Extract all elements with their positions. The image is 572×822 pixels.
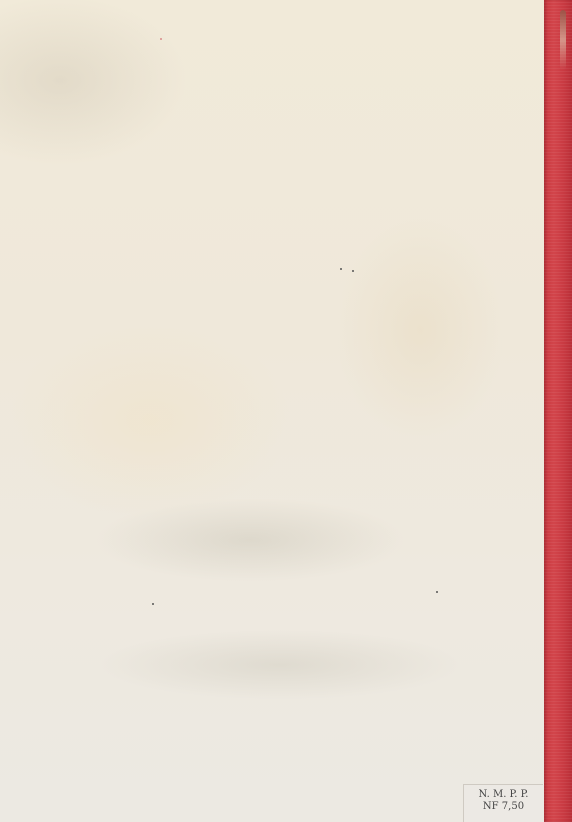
distributor-text: N. M. P. P. [464,789,543,801]
paper-speck [160,38,162,40]
price-text: NF 7,50 [464,801,543,813]
red-cloth-spine [544,0,572,822]
paper-speck [436,591,438,593]
paper-speck [340,268,342,270]
paper-speck [152,603,154,605]
price-sticker: N. M. P. P. NF 7,50 [463,784,543,822]
paper-speck [352,270,354,272]
spine-wear-mark [560,10,566,70]
book-back-cover [0,0,572,822]
